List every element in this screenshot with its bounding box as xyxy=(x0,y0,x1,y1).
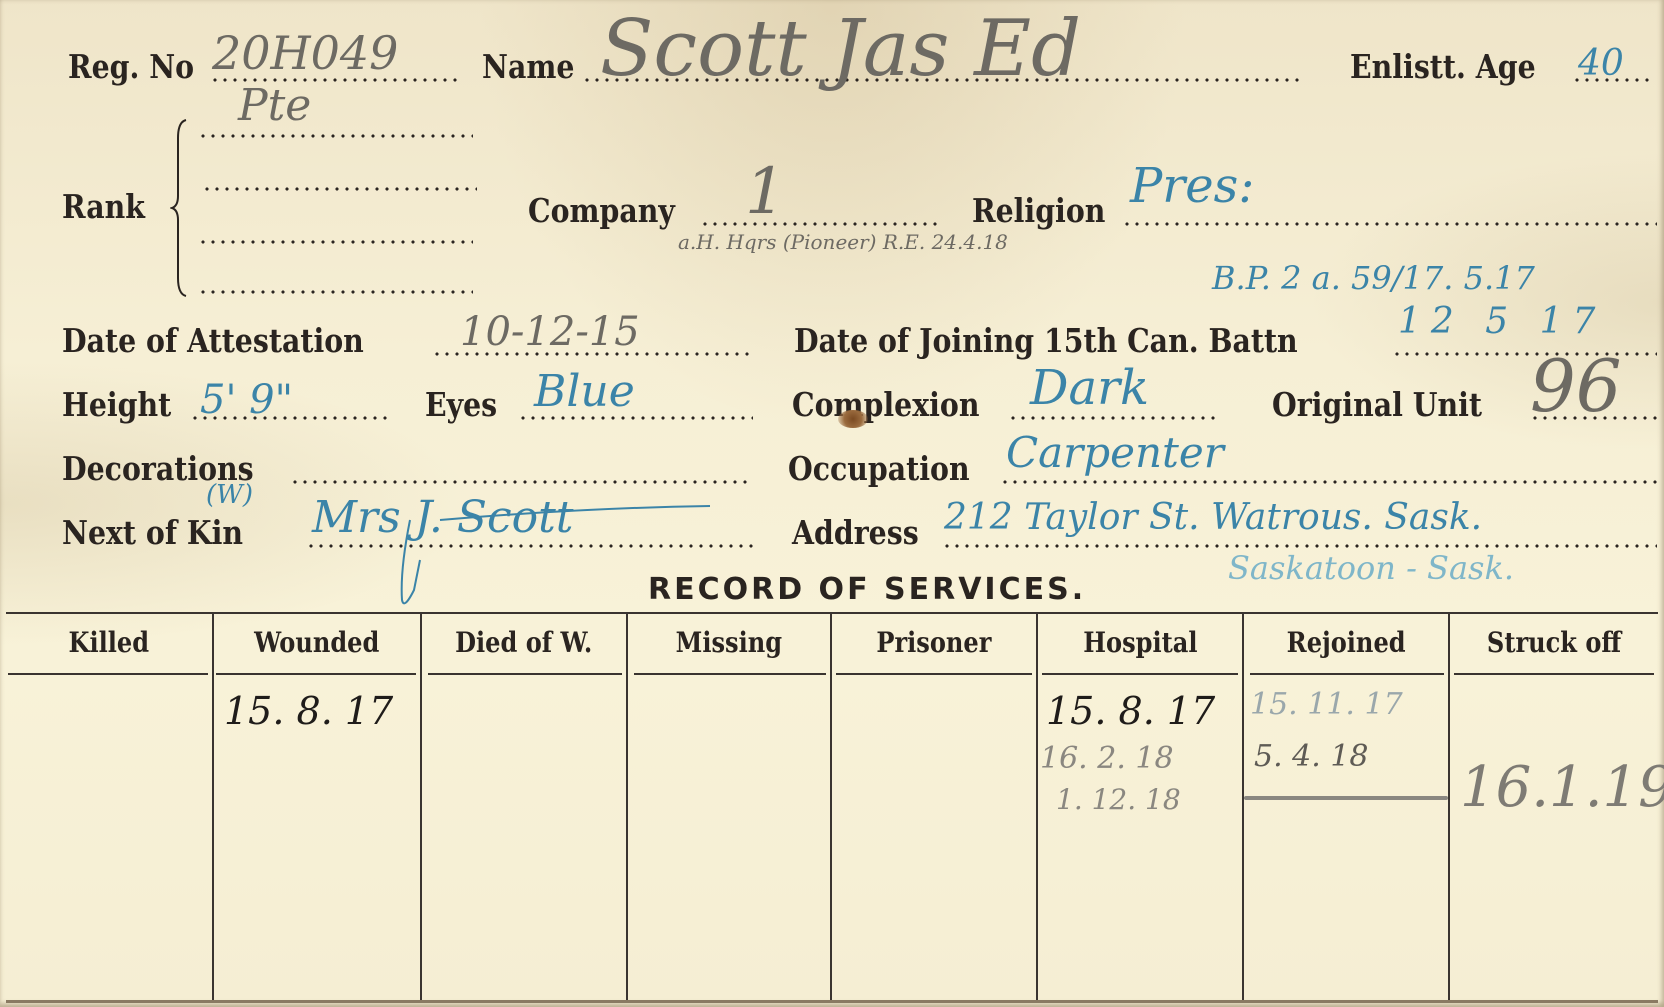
address-line-2: Saskatoon - Sask. xyxy=(1228,552,1514,584)
enlist-age-label: Enlistt. Age xyxy=(1350,50,1536,83)
complexion-dotted-line xyxy=(1008,416,1218,420)
decorations-dotted-line xyxy=(290,480,753,484)
reg-no-label: Reg. No xyxy=(68,50,194,83)
rank-brace xyxy=(170,118,190,298)
name-label: Name xyxy=(482,50,574,83)
column-header-hospital: Hospital xyxy=(1038,625,1242,661)
date-of-joining-label: Date of Joining 15th Can. Battn xyxy=(794,324,1298,357)
rank-line-4 xyxy=(198,290,473,294)
column-header-rejoined: Rejoined xyxy=(1244,625,1448,661)
table-top-rule xyxy=(6,612,1658,614)
record-of-services-title: RECORD OF SERVICES. xyxy=(648,572,1086,607)
name-value: Scott Jas Ed xyxy=(600,10,1081,88)
header-rule-wounded xyxy=(216,673,416,675)
rank-line-3 xyxy=(198,240,473,244)
date-of-attestation-value: 10-12-15 xyxy=(460,312,640,352)
wounded-entry-1: 15. 8. 17 xyxy=(224,692,393,730)
column-header-died-of-wounds: Died of W. xyxy=(422,625,626,661)
column-header-struck-off: Struck off xyxy=(1450,625,1658,661)
column-header-killed: Killed xyxy=(6,625,212,661)
date-of-attestation-label: Date of Attestation xyxy=(62,324,364,357)
col-divider-4 xyxy=(830,614,832,1000)
bp-annotation: B.P. 2 a. 59/17. 5.17 xyxy=(1212,262,1535,294)
occupation-value: Carpenter xyxy=(1006,432,1224,474)
header-rule-killed xyxy=(8,673,208,675)
header-rule-prisoner xyxy=(836,673,1032,675)
enlist-age-value: 40 xyxy=(1578,46,1624,82)
height-value: 5' 9" xyxy=(200,380,293,420)
column-header-wounded: Wounded xyxy=(214,625,420,661)
complexion-value: Dark xyxy=(1030,364,1149,412)
religion-dotted-line xyxy=(1122,222,1657,226)
date-of-joining-value: 12 5 17 xyxy=(1398,304,1605,340)
table-bottom-edge xyxy=(6,1000,1658,1003)
original-unit-value: 96 xyxy=(1530,350,1622,422)
address-dotted-line xyxy=(942,544,1657,548)
col-divider-6 xyxy=(1242,614,1244,1000)
service-record-card: Reg. No 20H049 Name Scott Jas Ed Enlistt… xyxy=(0,0,1664,1007)
hospital-entry-3: 1. 12. 18 xyxy=(1056,786,1181,814)
next-of-kin-label: Next of Kin xyxy=(62,516,243,549)
address-label: Address xyxy=(792,516,919,549)
hospital-entry-1: 15. 8. 17 xyxy=(1046,692,1215,730)
rejoined-entry-1: 15. 11. 17 xyxy=(1250,690,1403,720)
rank-label: Rank xyxy=(62,190,145,223)
company-value: 1 xyxy=(745,160,786,224)
company-annotation: a.H. Hqrs (Pioneer) R.E. 24.4.18 xyxy=(678,232,1008,252)
rank-line-1 xyxy=(198,134,473,138)
column-header-prisoner: Prisoner xyxy=(832,625,1036,661)
company-label: Company xyxy=(528,194,675,227)
height-label: Height xyxy=(62,388,171,421)
original-unit-label: Original Unit xyxy=(1272,388,1482,421)
rejoined-entry-2: 5. 4. 18 xyxy=(1254,742,1369,772)
address-line-1: 212 Taylor St. Watrous. Sask. xyxy=(944,500,1482,536)
header-rule-struck-off xyxy=(1454,673,1654,675)
occupation-dotted-line xyxy=(1000,480,1657,484)
religion-value: Pres: xyxy=(1130,162,1254,210)
stain-spot xyxy=(838,410,868,428)
col-divider-2 xyxy=(420,614,422,1000)
column-header-missing: Missing xyxy=(628,625,830,661)
hospital-entry-2: 16. 2. 18 xyxy=(1040,744,1174,774)
religion-label: Religion xyxy=(972,194,1105,227)
struck-off-entry-1: 16.1.19 xyxy=(1460,760,1664,816)
header-rule-hospital xyxy=(1042,673,1238,675)
rank-value: Pte xyxy=(238,84,311,128)
col-divider-7 xyxy=(1448,614,1450,1000)
rejoined-strike-line xyxy=(1244,796,1448,800)
header-rule-missing xyxy=(634,673,826,675)
eyes-value: Blue xyxy=(534,370,635,414)
reg-no-value: 20H049 xyxy=(212,30,398,76)
eyes-label: Eyes xyxy=(425,388,497,421)
col-divider-5 xyxy=(1036,614,1038,1000)
col-divider-1 xyxy=(212,614,214,1000)
company-dotted-line xyxy=(700,222,940,226)
occupation-label: Occupation xyxy=(788,452,970,485)
header-rule-died xyxy=(428,673,622,675)
complexion-label: Complexion xyxy=(792,388,979,421)
col-divider-3 xyxy=(626,614,628,1000)
next-of-kin-relation: (W) xyxy=(206,482,253,508)
header-rule-rejoined xyxy=(1250,673,1444,675)
rank-line-2 xyxy=(202,187,477,191)
